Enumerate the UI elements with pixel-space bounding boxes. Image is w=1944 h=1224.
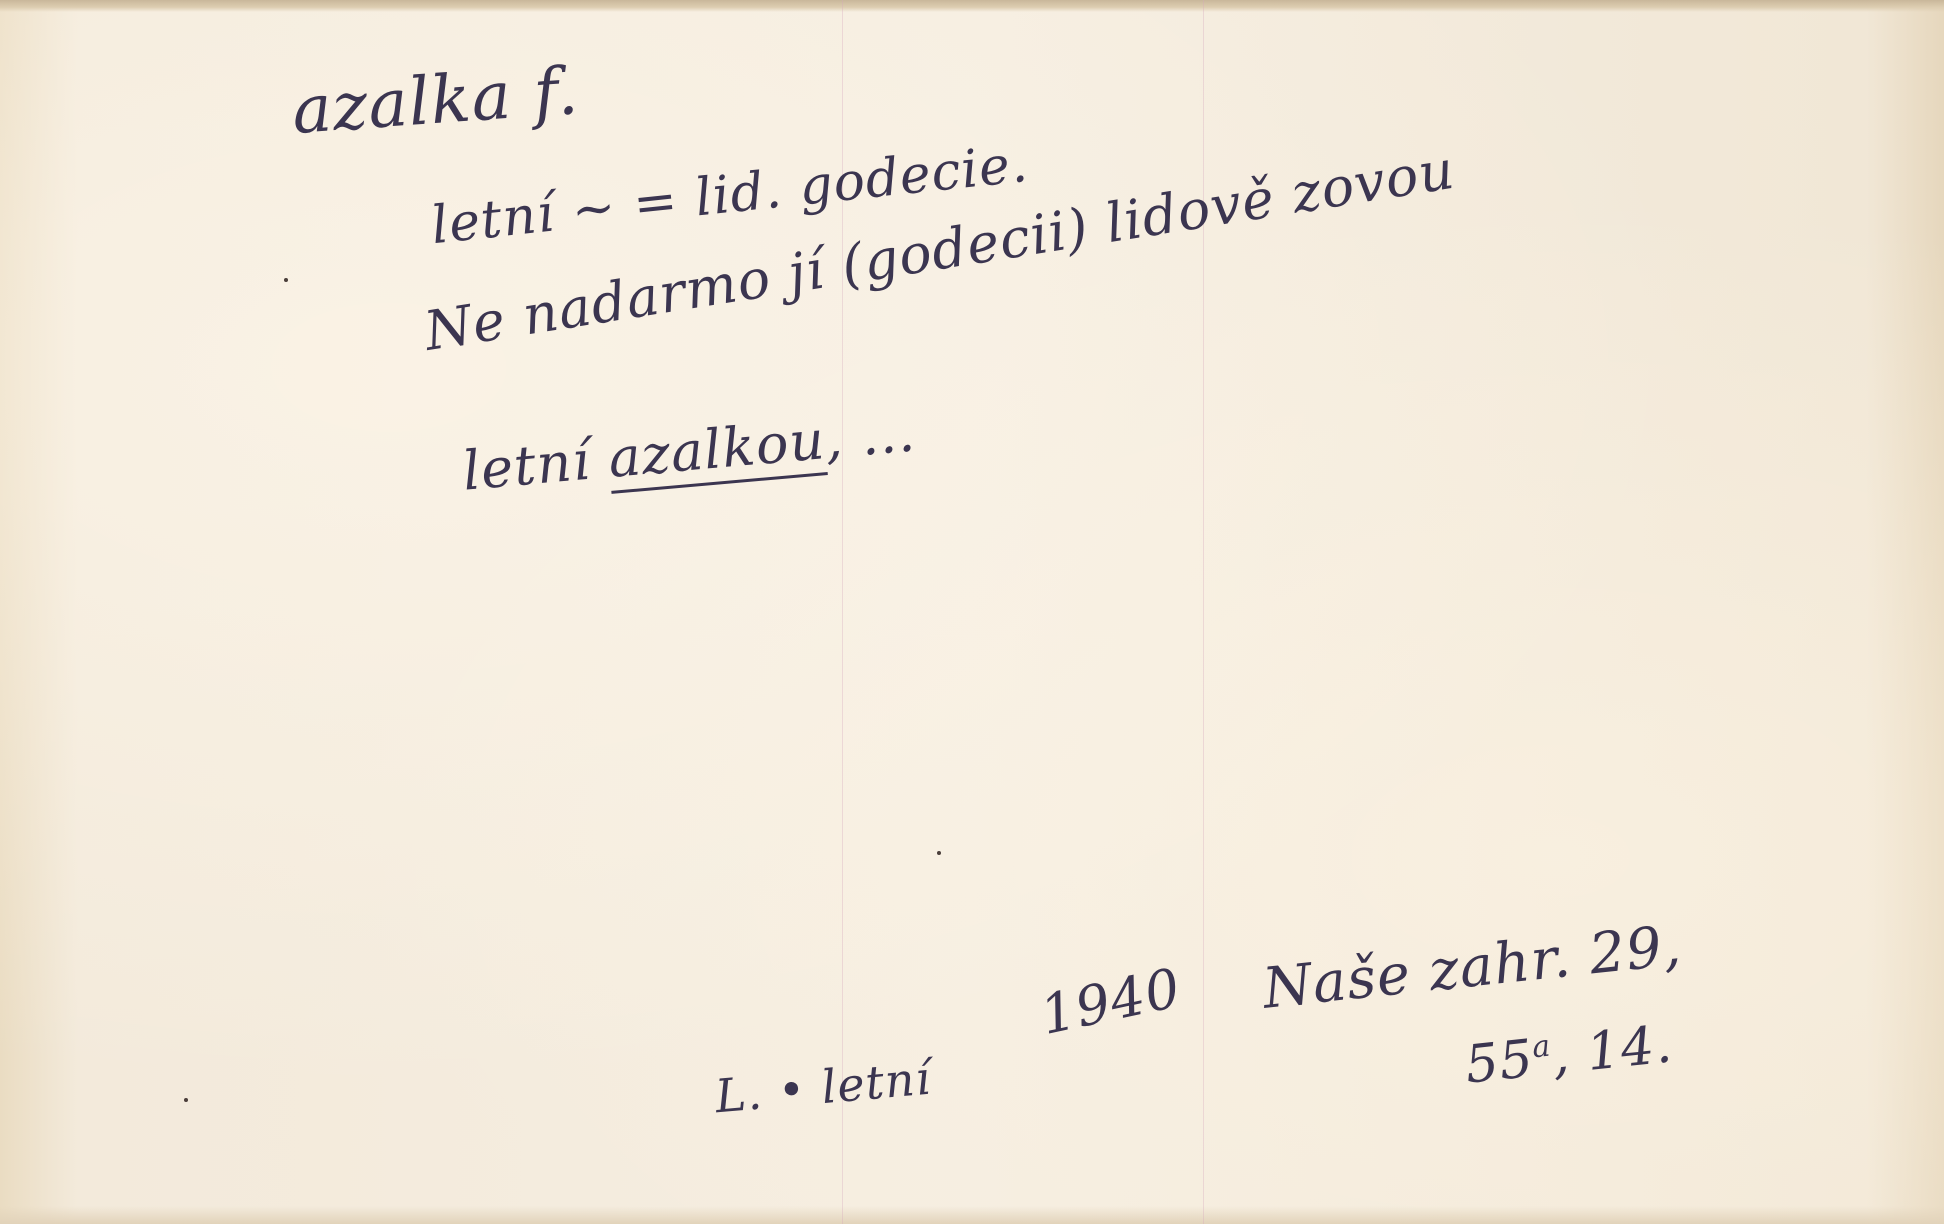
source-year: 1940 <box>1035 956 1186 1047</box>
source-publication: Naše zahr. 29, <box>1260 913 1685 1022</box>
paper-bottom-edge <box>0 1206 1944 1224</box>
citation-ellipsis: , ... <box>822 400 918 471</box>
source-pages: 55a, 14. <box>1462 1014 1675 1095</box>
lexicographic-slip: azalka f. letní ~ = lid. godecie. Ne nad… <box>0 0 1944 1224</box>
note-abbrev: L. <box>713 1065 765 1123</box>
citation-line-2: letní azalkou, ... <box>460 400 918 502</box>
definition-meaning: godecie. <box>796 134 1031 218</box>
gender-label: f. <box>531 52 581 132</box>
page-number: 55 <box>1462 1029 1536 1096</box>
bottom-note: L. • letní <box>713 1051 933 1124</box>
headword: azalka <box>290 57 515 149</box>
citation-text: letní <box>460 429 593 503</box>
page-rest: , 14. <box>1549 1014 1675 1086</box>
citation-text: Ne nadarmo jí <box>420 238 829 363</box>
citation-text: lidově zovou <box>1101 138 1459 255</box>
citation-parenthetical: (godecii) <box>837 196 1093 297</box>
paper-top-edge <box>0 0 1944 12</box>
headword-line: azalka f. <box>290 52 582 149</box>
ink-speck <box>184 1098 188 1102</box>
citation-headword-underlined: azalkou <box>606 408 828 490</box>
ink-speck <box>284 278 288 282</box>
register-label: lid. <box>692 160 785 229</box>
definition-phrase: letní ~ <box>429 177 620 256</box>
ink-speck <box>937 851 941 855</box>
definition-separator: = <box>630 171 681 235</box>
note-word: • letní <box>776 1051 934 1118</box>
